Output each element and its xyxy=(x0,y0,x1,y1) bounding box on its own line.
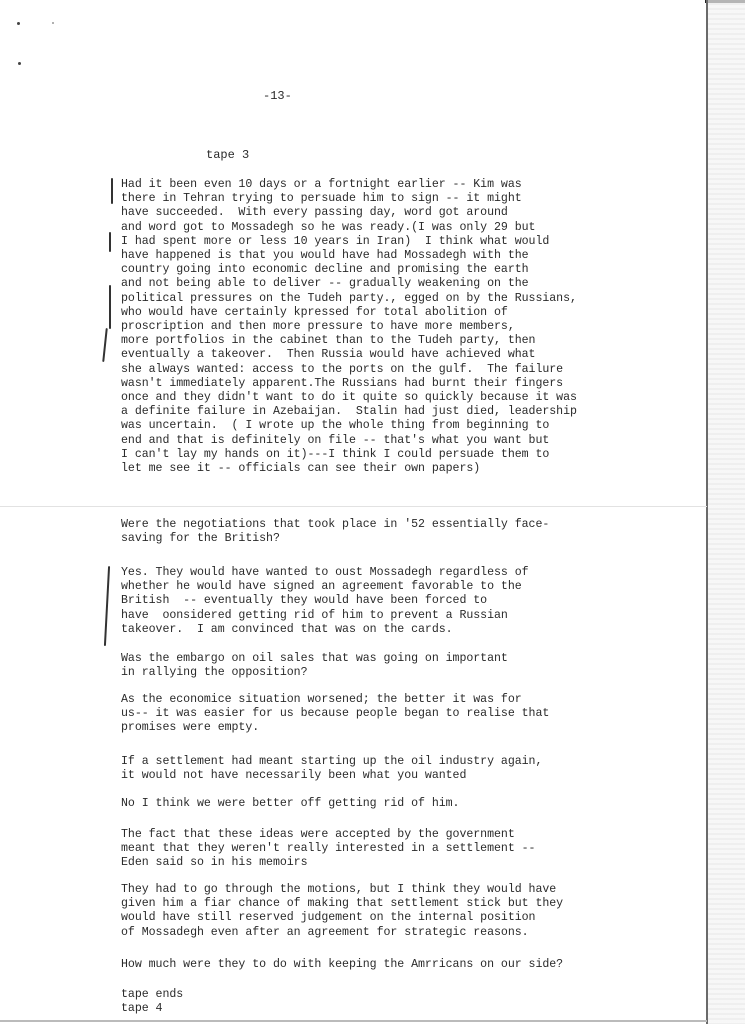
text-line: country going into economic decline and … xyxy=(121,263,577,277)
text-line: was uncertain. ( I wrote up the whole th… xyxy=(121,419,577,433)
margin-mark xyxy=(102,328,107,362)
text-line: saving for the British? xyxy=(121,532,549,546)
text-line: have oonsidered getting rid of him to pr… xyxy=(121,609,529,623)
text-line: who would have certainly kpressed for to… xyxy=(121,306,577,320)
text-line: promises were empty. xyxy=(121,721,549,735)
question-paragraph: Was the embargo on oil sales that was go… xyxy=(121,652,508,680)
text-line: Were the negotiations that took place in… xyxy=(121,518,549,532)
margin-mark xyxy=(109,285,111,329)
text-line: would have still reserved judgement on t… xyxy=(121,911,563,925)
text-line: and word got to Mossadegh so he was read… xyxy=(121,221,577,235)
text-line: They had to go through the motions, but … xyxy=(121,883,563,897)
text-line: The fact that these ideas were accepted … xyxy=(121,828,535,842)
ink-speck xyxy=(17,22,20,25)
text-line: tape ends xyxy=(121,988,183,1002)
text-line: whether he would have signed an agreemen… xyxy=(121,580,529,594)
question-paragraph: If a settlement had meant starting up th… xyxy=(121,755,542,783)
text-line: As the economice situation worsened; the… xyxy=(121,693,549,707)
text-line: it would not have necessarily been what … xyxy=(121,769,542,783)
page-fold-line xyxy=(0,506,707,507)
text-line: eventually a takeover. Then Russia would… xyxy=(121,348,577,362)
typewritten-page: -13- tape 3 Had it been even 10 days or … xyxy=(0,0,745,1024)
margin-mark xyxy=(104,566,110,646)
text-line: Had it been even 10 days or a fortnight … xyxy=(121,178,577,192)
text-line: No I think we were better off getting ri… xyxy=(121,797,459,811)
text-line: of Mossadegh even after an agreement for… xyxy=(121,926,563,940)
text-line: British -- eventually they would have be… xyxy=(121,594,529,608)
text-line: there in Tehran trying to persuade him t… xyxy=(121,192,577,206)
tape-label: tape 3 xyxy=(206,148,249,162)
text-line: I can't lay my hands on it)---I think I … xyxy=(121,448,577,462)
answer-paragraph: Yes. They would have wanted to oust Moss… xyxy=(121,566,529,637)
text-line: and not being able to deliver -- gradual… xyxy=(121,277,577,291)
text-line: Yes. They would have wanted to oust Moss… xyxy=(121,566,529,580)
question-paragraph: How much were they to do with keeping th… xyxy=(121,958,563,972)
text-line: have succeeded. With every passing day, … xyxy=(121,206,577,220)
text-line: meant that they weren't really intereste… xyxy=(121,842,535,856)
question-paragraph: Were the negotiations that took place in… xyxy=(121,518,549,546)
margin-mark xyxy=(109,232,111,252)
tape-markers: tape endstape 4 xyxy=(121,988,183,1016)
text-line: political pressures on the Tudeh party.,… xyxy=(121,292,577,306)
answer-paragraph: Had it been even 10 days or a fortnight … xyxy=(121,178,577,476)
question-paragraph: The fact that these ideas were accepted … xyxy=(121,828,535,871)
text-line: end and that is definitely on file -- th… xyxy=(121,434,577,448)
ink-speck xyxy=(18,62,21,65)
text-line: more portfolios in the cabinet than to t… xyxy=(121,334,577,348)
text-line: proscription and then more pressure to h… xyxy=(121,320,577,334)
page-right-edge xyxy=(706,0,708,1024)
text-line: in rallying the opposition? xyxy=(121,666,508,680)
answer-paragraph: As the economice situation worsened; the… xyxy=(121,693,549,736)
page-bottom-edge xyxy=(0,1020,707,1022)
page-number: -13- xyxy=(263,89,292,103)
text-line: she always wanted: access to the ports o… xyxy=(121,363,577,377)
text-line: If a settlement had meant starting up th… xyxy=(121,755,542,769)
text-line: takeover. I am convinced that was on the… xyxy=(121,623,529,637)
answer-paragraph: They had to go through the motions, but … xyxy=(121,883,563,940)
text-line: a definite failure in Azebaijan. Stalin … xyxy=(121,405,577,419)
text-line: have happened is that you would have had… xyxy=(121,249,577,263)
answer-paragraph: No I think we were better off getting ri… xyxy=(121,797,459,811)
text-line: tape 4 xyxy=(121,1002,183,1016)
scan-binding-strip xyxy=(708,0,745,1024)
text-line: wasn't immediately apparent.The Russians… xyxy=(121,377,577,391)
text-line: us-- it was easier for us because people… xyxy=(121,707,549,721)
text-line: let me see it -- officials can see their… xyxy=(121,462,577,476)
text-line: I had spent more or less 10 years in Ira… xyxy=(121,235,577,249)
ink-speck xyxy=(52,22,54,24)
text-line: given him a fiar chance of making that s… xyxy=(121,897,563,911)
text-line: once and they didn't want to do it quite… xyxy=(121,391,577,405)
text-line: Eden said so in his memoirs xyxy=(121,856,535,870)
margin-mark xyxy=(111,178,113,204)
text-line: How much were they to do with keeping th… xyxy=(121,958,563,972)
text-line: Was the embargo on oil sales that was go… xyxy=(121,652,508,666)
